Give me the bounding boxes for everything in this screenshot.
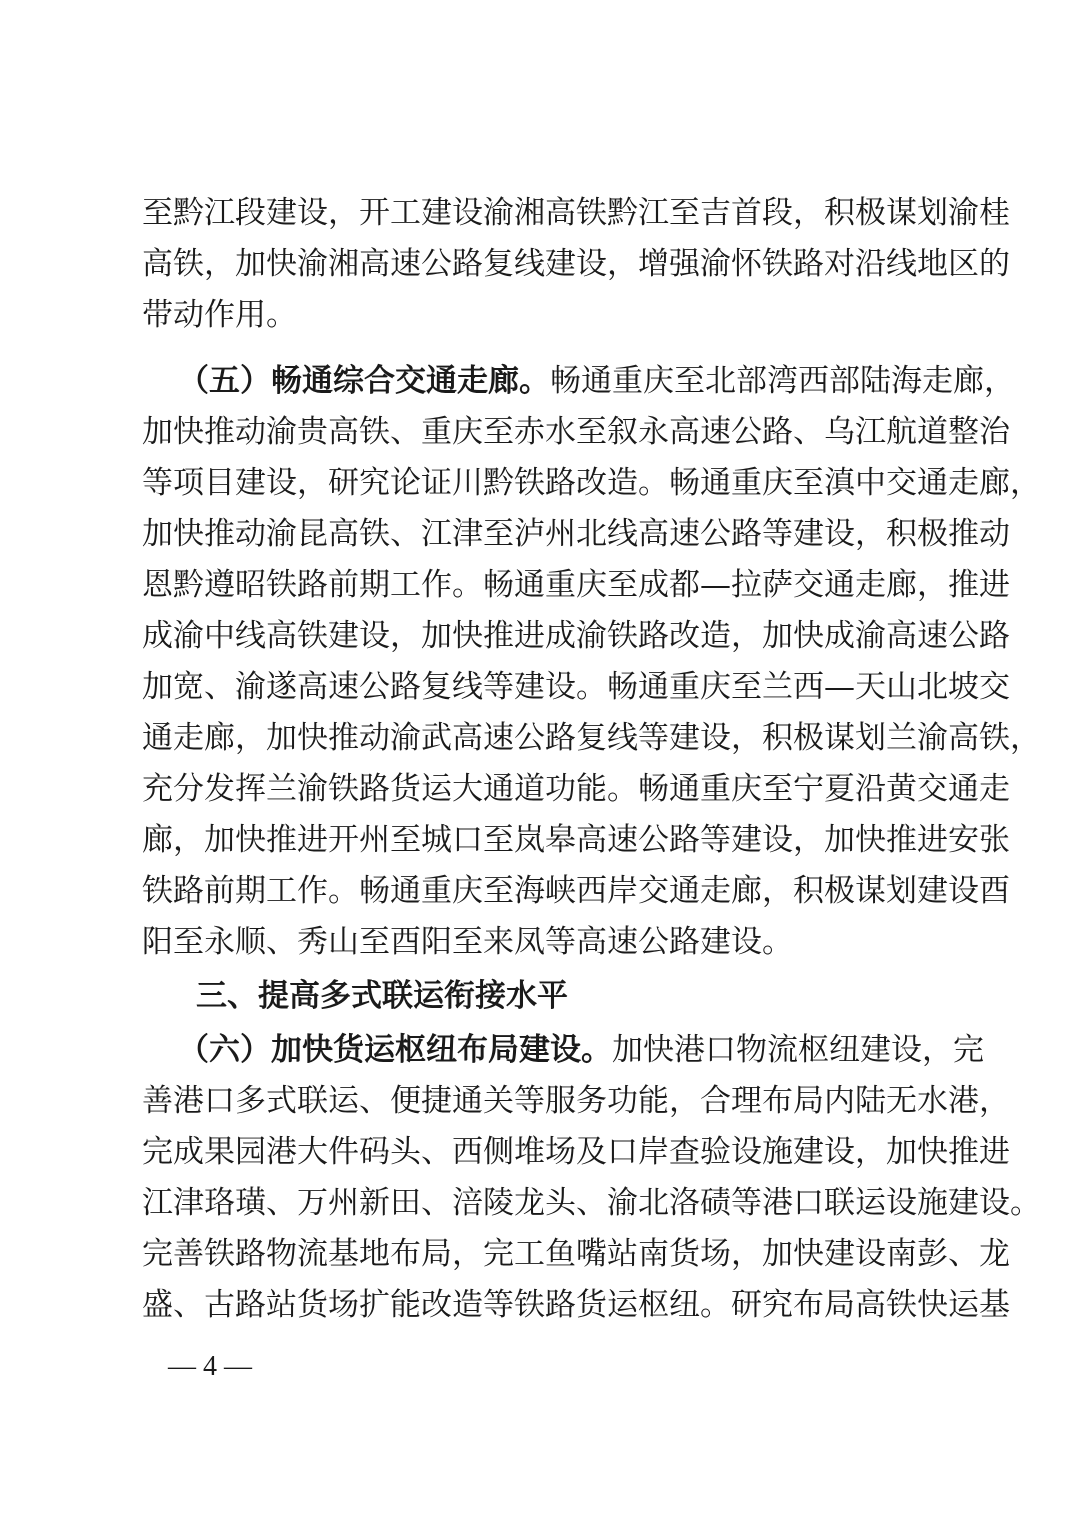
body-line: 江津珞璜、万州新田、涪陵龙头、渝北洛碛等港口联运设施建设。 (142, 1183, 938, 1223)
body-line: 通走廊，加快推动渝武高速公路复线等建设，积极谋划兰渝高铁， (142, 718, 938, 758)
document-page: 至黔江段建设，开工建设渝湘高铁黔江至吉首段，积极谋划渝桂 高铁，加快渝湘高速公路… (0, 0, 1075, 1521)
body-line: 加宽、渝遂高速公路复线等建设。畅通重庆至兰西—天山北坡交 (142, 667, 938, 707)
body-line: 高铁，加快渝湘高速公路复线建设，增强渝怀铁路对沿线地区的 (142, 244, 938, 284)
section-5-title: （五）畅通综合交通走廊。 (178, 363, 550, 399)
body-line: 盛、古路站货场扩能改造等铁路货运枢纽。研究布局高铁快运基 (142, 1285, 938, 1325)
body-line: 等项目建设，研究论证川黔铁路改造。畅通重庆至滇中交通走廊， (142, 463, 938, 503)
body-line: 加快推动渝昆高铁、江津至泸州北线高速公路等建设，积极推动 (142, 514, 938, 554)
body-line: 阳至永顺、秀山至酉阳至来凤等高速公路建设。 (142, 922, 938, 962)
body-line: 至黔江段建设，开工建设渝湘高铁黔江至吉首段，积极谋划渝桂 (142, 193, 938, 233)
body-text: 畅通重庆至北部湾西部陆海走廊， (550, 363, 1015, 399)
body-line: 成渝中线高铁建设，加快推进成渝铁路改造，加快成渝高速公路 (142, 616, 938, 656)
body-line: 廊，加快推进开州至城口至岚皋高速公路等建设，加快推进安张 (142, 820, 938, 860)
body-line: 铁路前期工作。畅通重庆至海峡西岸交通走廊，积极谋划建设酉 (142, 871, 938, 911)
body-line: 带动作用。 (142, 295, 938, 335)
body-line: 完善铁路物流基地布局，完工鱼嘴站南货场，加快建设南彭、龙 (142, 1234, 938, 1274)
section-5-first-line: （五）畅通综合交通走廊。畅通重庆至北部湾西部陆海走廊， (178, 361, 938, 401)
section-6-title: （六）加快货运枢纽布局建设。 (178, 1032, 612, 1068)
section-6-first-line: （六）加快货运枢纽布局建设。加快港口物流枢纽建设，完 (178, 1030, 938, 1070)
body-line: 完成果园港大件码头、西侧堆场及口岸查验设施建设，加快推进 (142, 1132, 938, 1172)
section-heading-3: 三、提高多式联运衔接水平 (196, 976, 696, 1016)
body-text: 加快港口物流枢纽建设，完 (612, 1032, 984, 1068)
page-number: — 4 — (168, 1350, 252, 1384)
body-line: 恩黔遵昭铁路前期工作。畅通重庆至成都—拉萨交通走廊，推进 (142, 565, 938, 605)
body-line: 善港口多式联运、便捷通关等服务功能，合理布局内陆无水港， (142, 1081, 938, 1121)
body-line: 充分发挥兰渝铁路货运大通道功能。畅通重庆至宁夏沿黄交通走 (142, 769, 938, 809)
body-line: 加快推动渝贵高铁、重庆至赤水至叙永高速公路、乌江航道整治 (142, 412, 938, 452)
